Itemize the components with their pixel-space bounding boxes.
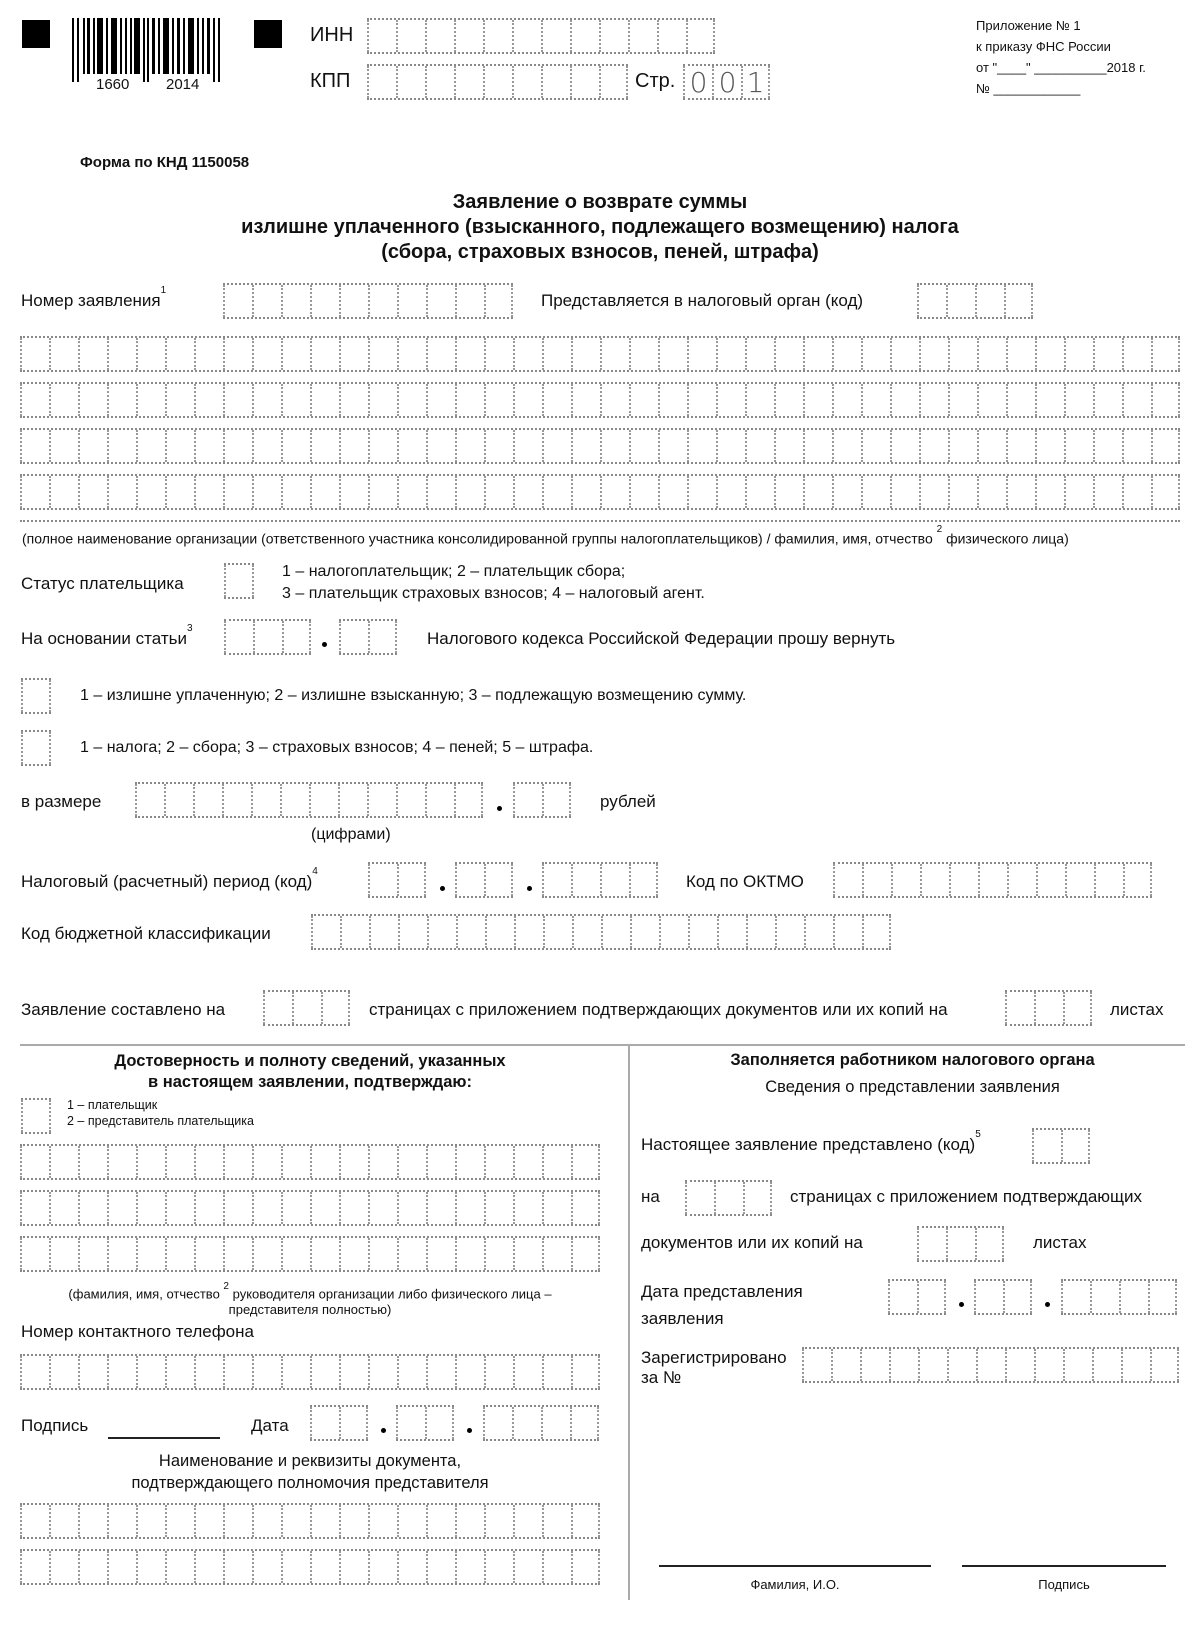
- input-cell[interactable]: [803, 384, 832, 416]
- kpp-field[interactable]: [367, 64, 628, 100]
- input-cell[interactable]: [975, 1228, 1004, 1260]
- input-cell[interactable]: [454, 66, 483, 98]
- input-cell[interactable]: [165, 384, 194, 416]
- input-cell[interactable]: [396, 1407, 425, 1439]
- input-cell[interactable]: [165, 1551, 194, 1583]
- input-cell[interactable]: [1006, 476, 1035, 508]
- submission-month-field[interactable]: [974, 1279, 1032, 1315]
- input-cell[interactable]: [917, 285, 946, 317]
- input-cell[interactable]: [368, 1238, 397, 1270]
- signer-name-row-2[interactable]: [20, 1190, 600, 1226]
- input-cell[interactable]: [513, 1505, 542, 1537]
- input-cell[interactable]: [397, 384, 426, 416]
- input-cell[interactable]: [513, 338, 542, 370]
- submission-day-field[interactable]: [888, 1279, 946, 1315]
- input-cell[interactable]: [368, 338, 397, 370]
- input-cell[interactable]: [194, 430, 223, 462]
- input-cell[interactable]: [804, 916, 833, 948]
- input-cell[interactable]: [658, 384, 687, 416]
- attachment-sheets-field[interactable]: [1005, 990, 1092, 1026]
- input-cell[interactable]: [484, 1505, 513, 1537]
- input-cell[interactable]: [570, 20, 599, 52]
- input-cell[interactable]: [398, 916, 427, 948]
- input-cell[interactable]: [1035, 384, 1064, 416]
- input-cell[interactable]: [224, 565, 254, 597]
- input-cell[interactable]: [832, 476, 861, 508]
- input-cell[interactable]: [368, 1505, 397, 1537]
- input-cell[interactable]: [1007, 864, 1036, 896]
- input-cell[interactable]: [78, 1551, 107, 1583]
- input-cell[interactable]: [21, 732, 51, 764]
- input-cell[interactable]: [629, 864, 658, 896]
- input-cell[interactable]: [107, 476, 136, 508]
- input-cell[interactable]: [397, 285, 426, 317]
- input-cell[interactable]: [716, 384, 745, 416]
- input-cell[interactable]: [426, 476, 455, 508]
- input-cell[interactable]: [484, 476, 513, 508]
- input-cell[interactable]: [1122, 384, 1151, 416]
- input-cell[interactable]: [774, 338, 803, 370]
- input-cell[interactable]: [339, 476, 368, 508]
- input-cell[interactable]: [513, 784, 542, 816]
- input-cell[interactable]: [542, 338, 571, 370]
- input-cell[interactable]: [136, 338, 165, 370]
- input-cell[interactable]: [946, 285, 975, 317]
- input-cell[interactable]: [1064, 384, 1093, 416]
- input-cell[interactable]: [1004, 285, 1033, 317]
- input-cell[interactable]: [1006, 430, 1035, 462]
- input-cell[interactable]: [513, 1192, 542, 1224]
- input-cell[interactable]: [425, 1407, 454, 1439]
- input-cell[interactable]: [367, 66, 396, 98]
- input-cell[interactable]: [455, 1356, 484, 1388]
- input-cell[interactable]: [890, 430, 919, 462]
- input-cell[interactable]: [368, 1356, 397, 1388]
- input-cell[interactable]: [78, 1238, 107, 1270]
- input-cell[interactable]: [107, 1551, 136, 1583]
- input-cell[interactable]: [484, 1356, 513, 1388]
- signature-line[interactable]: [108, 1437, 220, 1439]
- input-cell[interactable]: [948, 430, 977, 462]
- input-cell[interactable]: [1093, 430, 1122, 462]
- input-cell[interactable]: [974, 1281, 1003, 1313]
- input-cell[interactable]: [745, 430, 774, 462]
- input-cell[interactable]: [1064, 476, 1093, 508]
- input-cell[interactable]: [310, 430, 339, 462]
- input-cell[interactable]: [281, 476, 310, 508]
- input-cell[interactable]: [483, 1407, 512, 1439]
- input-cell[interactable]: [977, 430, 1006, 462]
- input-cell[interactable]: [194, 338, 223, 370]
- input-cell[interactable]: [803, 338, 832, 370]
- signer-type-field[interactable]: [21, 1098, 51, 1134]
- input-cell[interactable]: [688, 916, 717, 948]
- input-cell[interactable]: [572, 916, 601, 948]
- input-cell[interactable]: [339, 1192, 368, 1224]
- input-cell[interactable]: [455, 1238, 484, 1270]
- org-name-row-5[interactable]: [20, 520, 1180, 522]
- input-cell[interactable]: [485, 916, 514, 948]
- input-cell[interactable]: [281, 1505, 310, 1537]
- input-cell[interactable]: [775, 916, 804, 948]
- input-cell[interactable]: [426, 1238, 455, 1270]
- input-cell[interactable]: [1151, 384, 1180, 416]
- input-cell[interactable]: [107, 1505, 136, 1537]
- input-cell[interactable]: [164, 784, 193, 816]
- input-cell[interactable]: [977, 384, 1006, 416]
- input-cell[interactable]: [571, 384, 600, 416]
- input-cell[interactable]: [455, 1192, 484, 1224]
- input-cell[interactable]: [253, 621, 282, 653]
- input-cell[interactable]: [542, 784, 571, 816]
- input-cell[interactable]: [629, 338, 658, 370]
- input-cell[interactable]: [628, 20, 657, 52]
- input-cell[interactable]: [774, 476, 803, 508]
- input-cell[interactable]: [281, 1356, 310, 1388]
- input-cell[interactable]: [339, 1407, 368, 1439]
- input-cell[interactable]: [397, 1551, 426, 1583]
- input-cell[interactable]: [368, 1192, 397, 1224]
- input-cell[interactable]: [165, 1146, 194, 1178]
- authority-doc-row-2[interactable]: [20, 1549, 600, 1585]
- input-cell[interactable]: [426, 1505, 455, 1537]
- input-cell[interactable]: [571, 1146, 600, 1178]
- input-cell[interactable]: [745, 338, 774, 370]
- phone-field[interactable]: [20, 1354, 600, 1390]
- input-cell[interactable]: [455, 338, 484, 370]
- input-cell[interactable]: [49, 1551, 78, 1583]
- input-cell[interactable]: [223, 1238, 252, 1270]
- input-cell[interactable]: [292, 992, 321, 1024]
- input-cell[interactable]: [658, 338, 687, 370]
- input-cell[interactable]: [49, 384, 78, 416]
- input-cell[interactable]: [919, 476, 948, 508]
- input-cell[interactable]: [484, 1238, 513, 1270]
- input-cell[interactable]: [542, 384, 571, 416]
- input-cell[interactable]: [397, 1356, 426, 1388]
- date-month-field[interactable]: [396, 1405, 454, 1441]
- input-cell[interactable]: [832, 384, 861, 416]
- input-cell[interactable]: [223, 476, 252, 508]
- input-cell[interactable]: [165, 430, 194, 462]
- period-type-field[interactable]: [368, 862, 426, 898]
- input-cell[interactable]: [107, 1238, 136, 1270]
- input-cell[interactable]: [483, 66, 512, 98]
- input-cell[interactable]: [427, 916, 456, 948]
- input-cell[interactable]: [513, 1356, 542, 1388]
- input-cell[interactable]: [571, 430, 600, 462]
- input-cell[interactable]: [484, 338, 513, 370]
- input-cell[interactable]: [743, 1182, 772, 1214]
- submission-year-field[interactable]: [1061, 1279, 1177, 1315]
- input-cell[interactable]: [194, 1551, 223, 1583]
- input-cell[interactable]: [803, 430, 832, 462]
- input-cell[interactable]: [136, 1192, 165, 1224]
- input-cell[interactable]: [49, 1505, 78, 1537]
- input-cell[interactable]: [1034, 1349, 1063, 1381]
- input-cell[interactable]: [321, 992, 350, 1024]
- input-cell[interactable]: [194, 384, 223, 416]
- input-cell[interactable]: [629, 476, 658, 508]
- input-cell[interactable]: [629, 384, 658, 416]
- input-cell[interactable]: [1093, 384, 1122, 416]
- input-cell[interactable]: [252, 1238, 281, 1270]
- input-cell[interactable]: [310, 1505, 339, 1537]
- input-cell[interactable]: [136, 384, 165, 416]
- input-cell[interactable]: [223, 285, 252, 317]
- registration-number-field[interactable]: [802, 1347, 1179, 1383]
- input-cell[interactable]: [659, 916, 688, 948]
- input-cell[interactable]: [716, 430, 745, 462]
- input-cell[interactable]: [600, 476, 629, 508]
- input-cell[interactable]: [310, 1238, 339, 1270]
- input-cell[interactable]: [658, 430, 687, 462]
- input-cell[interactable]: [425, 784, 454, 816]
- input-cell[interactable]: [310, 1192, 339, 1224]
- input-cell[interactable]: [20, 1356, 49, 1388]
- input-cell[interactable]: [1092, 1349, 1121, 1381]
- input-cell[interactable]: [1034, 992, 1063, 1024]
- input-cell[interactable]: [948, 476, 977, 508]
- input-cell[interactable]: [456, 916, 485, 948]
- input-cell[interactable]: [425, 66, 454, 98]
- input-cell[interactable]: [397, 430, 426, 462]
- input-cell[interactable]: [310, 285, 339, 317]
- input-cell[interactable]: [339, 1146, 368, 1178]
- input-cell[interactable]: [1006, 384, 1035, 416]
- date-day-field[interactable]: [310, 1405, 368, 1441]
- input-cell[interactable]: [223, 384, 252, 416]
- input-cell[interactable]: [1063, 992, 1092, 1024]
- input-cell[interactable]: [339, 1551, 368, 1583]
- page-number-field[interactable]: 0 0 1: [683, 64, 770, 100]
- payer-status-field[interactable]: [224, 563, 254, 599]
- input-cell[interactable]: [78, 1146, 107, 1178]
- input-cell[interactable]: [484, 1192, 513, 1224]
- input-cell[interactable]: [455, 1146, 484, 1178]
- input-cell[interactable]: [774, 430, 803, 462]
- input-cell[interactable]: [107, 430, 136, 462]
- input-cell[interactable]: [20, 1238, 49, 1270]
- input-cell[interactable]: [571, 1356, 600, 1388]
- input-cell[interactable]: [513, 1551, 542, 1583]
- input-cell[interactable]: [339, 1238, 368, 1270]
- pages-count-field[interactable]: [263, 990, 350, 1026]
- submitted-pages-field[interactable]: [685, 1180, 772, 1216]
- input-cell[interactable]: [338, 784, 367, 816]
- input-cell[interactable]: [20, 1551, 49, 1583]
- input-cell[interactable]: [890, 384, 919, 416]
- input-cell[interactable]: [570, 66, 599, 98]
- input-cell[interactable]: [745, 384, 774, 416]
- input-cell[interactable]: [630, 916, 659, 948]
- input-cell[interactable]: [194, 1356, 223, 1388]
- input-cell[interactable]: [224, 621, 253, 653]
- input-cell[interactable]: [78, 338, 107, 370]
- input-cell[interactable]: [78, 1192, 107, 1224]
- input-cell[interactable]: [832, 338, 861, 370]
- input-cell[interactable]: [686, 20, 715, 52]
- input-cell[interactable]: [107, 1192, 136, 1224]
- input-cell[interactable]: [1121, 1349, 1150, 1381]
- input-cell[interactable]: [1005, 992, 1034, 1024]
- input-cell[interactable]: [1150, 1349, 1179, 1381]
- input-cell[interactable]: [571, 1551, 600, 1583]
- input-cell[interactable]: [1090, 1281, 1119, 1313]
- input-cell[interactable]: [1151, 338, 1180, 370]
- amount-rubles-field[interactable]: [135, 782, 483, 818]
- input-cell[interactable]: [600, 430, 629, 462]
- input-cell[interactable]: [194, 1192, 223, 1224]
- input-cell[interactable]: [571, 1505, 600, 1537]
- application-number-field[interactable]: [223, 283, 513, 319]
- input-cell[interactable]: [311, 916, 340, 948]
- payment-type-field[interactable]: [21, 730, 51, 766]
- input-cell[interactable]: [571, 1192, 600, 1224]
- input-cell[interactable]: [339, 1505, 368, 1537]
- input-cell[interactable]: [165, 1192, 194, 1224]
- input-cell[interactable]: [861, 430, 890, 462]
- input-cell[interactable]: [49, 338, 78, 370]
- input-cell[interactable]: [281, 338, 310, 370]
- input-cell[interactable]: [368, 1551, 397, 1583]
- input-cell[interactable]: [310, 476, 339, 508]
- input-cell[interactable]: [20, 338, 49, 370]
- input-cell[interactable]: [831, 1349, 860, 1381]
- input-cell[interactable]: [542, 1551, 571, 1583]
- input-cell[interactable]: [600, 338, 629, 370]
- input-cell[interactable]: [1061, 1281, 1090, 1313]
- input-cell[interactable]: [281, 285, 310, 317]
- input-cell[interactable]: [368, 864, 397, 896]
- input-cell[interactable]: [716, 338, 745, 370]
- input-cell[interactable]: [426, 1192, 455, 1224]
- input-cell[interactable]: [340, 916, 369, 948]
- input-cell[interactable]: [310, 1356, 339, 1388]
- input-cell[interactable]: [571, 476, 600, 508]
- input-cell[interactable]: [687, 476, 716, 508]
- input-cell[interactable]: [484, 384, 513, 416]
- input-cell[interactable]: [426, 430, 455, 462]
- input-cell[interactable]: [833, 864, 862, 896]
- input-cell[interactable]: [542, 476, 571, 508]
- input-cell[interactable]: [165, 476, 194, 508]
- input-cell[interactable]: [1065, 864, 1094, 896]
- input-cell[interactable]: [310, 1407, 339, 1439]
- input-cell[interactable]: [1093, 338, 1122, 370]
- input-cell[interactable]: [484, 864, 513, 896]
- input-cell[interactable]: [454, 784, 483, 816]
- name-line[interactable]: [659, 1565, 931, 1567]
- period-number-field[interactable]: [455, 862, 513, 898]
- input-cell[interactable]: [862, 916, 891, 948]
- input-cell[interactable]: [252, 476, 281, 508]
- input-cell[interactable]: [890, 476, 919, 508]
- input-cell[interactable]: [282, 621, 311, 653]
- input-cell[interactable]: [223, 1146, 252, 1178]
- input-cell[interactable]: [977, 338, 1006, 370]
- input-cell[interactable]: [455, 1551, 484, 1583]
- input-cell[interactable]: [281, 1551, 310, 1583]
- input-cell[interactable]: [369, 916, 398, 948]
- input-cell[interactable]: [252, 430, 281, 462]
- input-cell[interactable]: [1035, 476, 1064, 508]
- input-cell[interactable]: [339, 338, 368, 370]
- input-cell[interactable]: [310, 338, 339, 370]
- input-cell[interactable]: [368, 384, 397, 416]
- input-cell[interactable]: [310, 1146, 339, 1178]
- input-cell[interactable]: [919, 338, 948, 370]
- input-cell[interactable]: [426, 1356, 455, 1388]
- input-cell[interactable]: [194, 1146, 223, 1178]
- input-cell[interactable]: [136, 1238, 165, 1270]
- input-cell[interactable]: [252, 384, 281, 416]
- input-cell[interactable]: [542, 1505, 571, 1537]
- input-cell[interactable]: [21, 1100, 51, 1132]
- input-cell[interactable]: [20, 384, 49, 416]
- input-cell[interactable]: [49, 476, 78, 508]
- input-cell[interactable]: [397, 338, 426, 370]
- input-cell[interactable]: [455, 476, 484, 508]
- input-cell[interactable]: [454, 20, 483, 52]
- input-cell[interactable]: [512, 1407, 541, 1439]
- input-cell[interactable]: [78, 1505, 107, 1537]
- input-cell[interactable]: [599, 66, 628, 98]
- input-cell[interactable]: [78, 430, 107, 462]
- input-cell[interactable]: [367, 784, 396, 816]
- input-cell[interactable]: [888, 1281, 917, 1313]
- input-cell[interactable]: [658, 476, 687, 508]
- input-cell[interactable]: [1063, 1349, 1092, 1381]
- input-cell[interactable]: [657, 20, 686, 52]
- input-cell[interactable]: [396, 20, 425, 52]
- input-cell[interactable]: [367, 20, 396, 52]
- input-cell[interactable]: [1119, 1281, 1148, 1313]
- input-cell[interactable]: [107, 1356, 136, 1388]
- input-cell[interactable]: [49, 1192, 78, 1224]
- input-cell[interactable]: [223, 1505, 252, 1537]
- input-cell[interactable]: [1032, 1130, 1061, 1162]
- input-cell[interactable]: [484, 285, 513, 317]
- input-cell[interactable]: [514, 916, 543, 948]
- authority-doc-row-1[interactable]: [20, 1503, 600, 1539]
- input-cell[interactable]: [107, 384, 136, 416]
- input-cell[interactable]: [78, 1356, 107, 1388]
- input-cell[interactable]: [252, 1551, 281, 1583]
- article-number-field[interactable]: [224, 619, 311, 655]
- input-cell[interactable]: [919, 384, 948, 416]
- input-cell[interactable]: [687, 430, 716, 462]
- input-cell[interactable]: [136, 430, 165, 462]
- input-cell[interactable]: [455, 1505, 484, 1537]
- input-cell[interactable]: [78, 476, 107, 508]
- input-cell[interactable]: [49, 1146, 78, 1178]
- article-part-field[interactable]: [339, 619, 397, 655]
- input-cell[interactable]: [426, 1146, 455, 1178]
- org-name-row-4[interactable]: [20, 474, 1180, 510]
- inn-field[interactable]: [367, 18, 715, 54]
- input-cell[interactable]: [368, 285, 397, 317]
- input-cell[interactable]: [571, 1238, 600, 1270]
- input-cell[interactable]: [570, 1407, 599, 1439]
- input-cell[interactable]: [687, 338, 716, 370]
- input-cell[interactable]: [396, 784, 425, 816]
- input-cell[interactable]: [1122, 430, 1151, 462]
- input-cell[interactable]: [976, 1349, 1005, 1381]
- date-year-field[interactable]: [483, 1405, 599, 1441]
- org-name-row-1[interactable]: [20, 336, 1180, 372]
- input-cell[interactable]: [484, 1146, 513, 1178]
